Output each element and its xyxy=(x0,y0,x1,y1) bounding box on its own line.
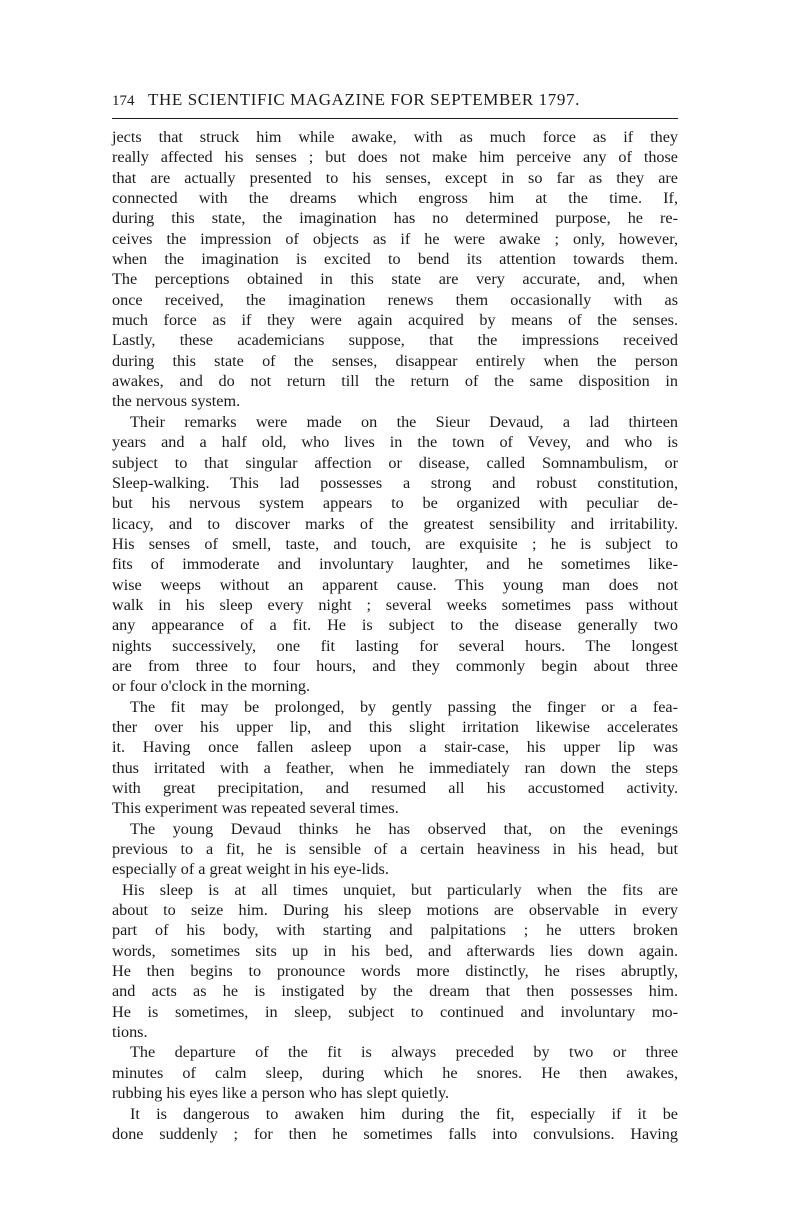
text-line: ther over his upper lip, and this slight… xyxy=(112,717,678,737)
text-line: ceives the impression of objects as if h… xyxy=(112,229,678,249)
text-line: The perceptions obtained in this state a… xyxy=(112,269,678,289)
paragraph-start: The young Devaud thinks he has observed … xyxy=(112,819,678,839)
text-line: awakes, and do not return till the retur… xyxy=(112,371,678,391)
paragraph-start: The departure of the fit is always prece… xyxy=(112,1042,678,1062)
text-line: thus irritated with a feather, when he i… xyxy=(112,758,678,778)
text-line: or four o'clock in the morning. xyxy=(112,676,678,696)
paragraph-start: The fit may be prolonged, by gently pass… xyxy=(112,697,678,717)
text-line: minutes of calm sleep, during which he s… xyxy=(112,1063,678,1083)
text-line: rubbing his eyes like a person who has s… xyxy=(112,1083,678,1103)
paragraph-start: His sleep is at all times unquiet, but p… xyxy=(112,880,678,900)
text-line: during this state, the imagination has n… xyxy=(112,208,678,228)
text-line: walk in his sleep every night ; several … xyxy=(112,595,678,615)
text-line: licacy, and to discover marks of the gre… xyxy=(112,514,678,534)
text-line: fits of immoderate and involuntary laugh… xyxy=(112,554,678,574)
text-line: part of his body, with starting and palp… xyxy=(112,920,678,940)
text-line: wise weeps without an apparent cause. Th… xyxy=(112,575,678,595)
text-line: about to seize him. During his sleep mot… xyxy=(112,900,678,920)
text-line: and acts as he is instigated by the drea… xyxy=(112,981,678,1001)
document-page: 174 THE SCIENTIFIC MAGAZINE FOR SEPTEMBE… xyxy=(112,88,678,1144)
text-line: connected with the dreams which engross … xyxy=(112,188,678,208)
text-line: done suddenly ; for then he sometimes fa… xyxy=(112,1124,678,1144)
text-line: but his nervous system appears to be org… xyxy=(112,493,678,513)
text-line: really affected his senses ; but does no… xyxy=(112,147,678,167)
paragraph-start: Their remarks were made on the Sieur Dev… xyxy=(112,412,678,432)
text-line: once received, the imagination renews th… xyxy=(112,290,678,310)
text-line: jects that struck him while awake, with … xyxy=(112,127,678,147)
text-line: Lastly, these academicians suppose, that… xyxy=(112,330,678,350)
text-line: Sleep-walking. This lad possesses a stro… xyxy=(112,473,678,493)
text-line: words, sometimes sits up in his bed, and… xyxy=(112,941,678,961)
body-text: jects that struck him while awake, with … xyxy=(112,127,678,1144)
text-line: subject to that singular affection or di… xyxy=(112,453,678,473)
running-head: 174 THE SCIENTIFIC MAGAZINE FOR SEPTEMBE… xyxy=(112,88,678,112)
text-line: His senses of smell, taste, and touch, a… xyxy=(112,534,678,554)
text-line: any appearance of a fit. He is subject t… xyxy=(112,615,678,635)
text-line: previous to a fit, he is sensible of a c… xyxy=(112,839,678,859)
text-line: with great precipitation, and resumed al… xyxy=(112,778,678,798)
header-rule xyxy=(112,118,678,119)
text-line: tions. xyxy=(112,1022,678,1042)
text-line: are from three to four hours, and they c… xyxy=(112,656,678,676)
running-title: THE SCIENTIFIC MAGAZINE FOR SEPTEMBER 17… xyxy=(148,88,678,112)
text-line: that are actually presented to his sense… xyxy=(112,168,678,188)
text-line: the nervous system. xyxy=(112,391,678,411)
text-line: He then begins to pronounce words more d… xyxy=(112,961,678,981)
text-line: especially of a great weight in his eye-… xyxy=(112,859,678,879)
text-line: much force as if they were again acquire… xyxy=(112,310,678,330)
text-line: He is sometimes, in sleep, subject to co… xyxy=(112,1002,678,1022)
text-line: nights successively, one fit lasting for… xyxy=(112,636,678,656)
page-number: 174 xyxy=(112,89,148,113)
text-line: during this state of the senses, disappe… xyxy=(112,351,678,371)
paragraph-start: It is dangerous to awaken him during the… xyxy=(112,1104,678,1124)
text-line: it. Having once fallen asleep upon a sta… xyxy=(112,737,678,757)
text-line: when the imagination is excited to bend … xyxy=(112,249,678,269)
text-line: This experiment was repeated several tim… xyxy=(112,798,678,818)
text-line: years and a half old, who lives in the t… xyxy=(112,432,678,452)
